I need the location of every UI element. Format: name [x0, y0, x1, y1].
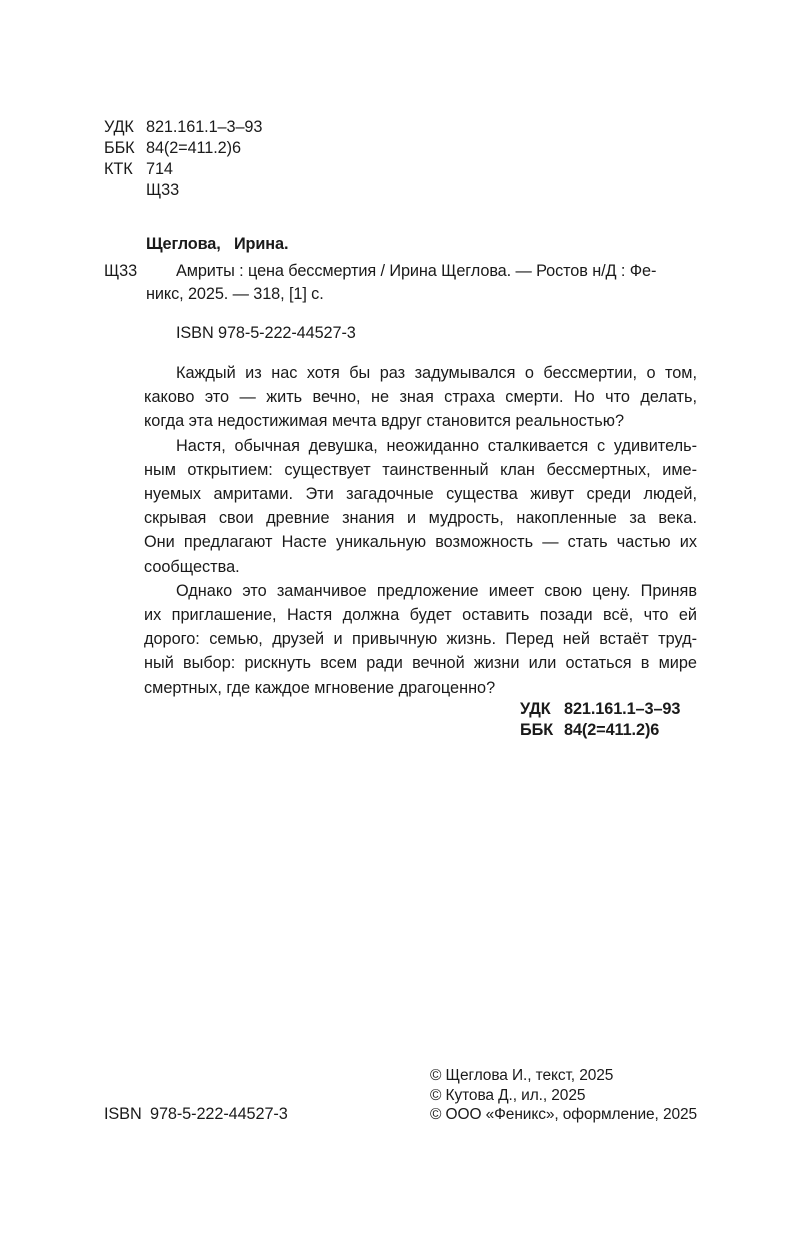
card-sign: Щ33: [104, 261, 137, 283]
annotation-paragraph-2: Настя, обычная девушка, неожиданно сталк…: [144, 434, 697, 579]
ktk-value: 714: [146, 160, 173, 178]
annotation-line: ным открытием: существует таинственный к…: [144, 458, 697, 482]
copyright-line-1: © Щеглова И., текст, 2025: [430, 1065, 613, 1087]
annotation-line: смертных, где каждое мгновение драгоценн…: [144, 676, 697, 700]
annotation-line: сообщества.: [144, 555, 697, 579]
annotation-paragraph-3: Однако это заманчивое предложение имеет …: [144, 579, 697, 700]
annotation-line: нуемых амритами. Эти загадочные существа…: [144, 482, 697, 506]
annotation-line: скрывая свои древние знания и мудрость, …: [144, 506, 697, 530]
author-sign: Щ33: [146, 180, 179, 202]
udk-label: УДК: [104, 117, 146, 139]
footer-udk-value: 821.161.1–3–93: [564, 700, 680, 718]
title-line-2: никс, 2025. — 318, [1] с.: [146, 284, 324, 306]
ktk-label: КТК: [104, 159, 146, 181]
annotation-line: когда эта недостижимая мечта вдруг стано…: [144, 409, 697, 433]
bottom-isbn: ISBN978-5-222-44527-3: [104, 1104, 288, 1126]
footer-bbk-code: ББК84(2=411.2)6: [520, 720, 659, 742]
ktk-code: КТК714: [104, 159, 173, 181]
copyright-line-3: © ООО «Феникс», оформление, 2025: [430, 1104, 697, 1126]
bbk-code: ББК84(2=411.2)6: [104, 138, 241, 160]
annotation-line: каково это — жить вечно, не зная страха …: [144, 385, 697, 409]
annotation-line: Каждый из нас хотя бы раз задумывался о …: [144, 361, 697, 385]
bbk-label: ББК: [104, 138, 146, 160]
annotation-line: Они предлагают Насте уникальную возможно…: [144, 530, 697, 554]
title-line-1: Амриты : цена бессмертия / Ирина Щеглова…: [176, 261, 656, 283]
footer-bbk-value: 84(2=411.2)6: [564, 721, 659, 739]
isbn-label: ISBN: [104, 1104, 150, 1126]
annotation-paragraph-1: Каждый из нас хотя бы раз задумывался о …: [144, 361, 697, 434]
udk-value: 821.161.1–3–93: [146, 118, 262, 136]
udk-code: УДК821.161.1–3–93: [104, 117, 262, 139]
card-isbn: ISBN 978-5-222-44527-3: [176, 323, 356, 345]
annotation-line: Однако это заманчивое предложение имеет …: [144, 579, 697, 603]
annotation-line: дорого: семью, друзей и привычную жизнь.…: [144, 627, 697, 651]
footer-udk-code: УДК821.161.1–3–93: [520, 699, 680, 721]
footer-udk-label: УДК: [520, 699, 564, 721]
annotation-line: ный выбор: рискнуть всем ради вечной жиз…: [144, 651, 697, 675]
bbk-value: 84(2=411.2)6: [146, 139, 241, 157]
annotation-line: Настя, обычная девушка, неожиданно сталк…: [144, 434, 697, 458]
footer-bbk-label: ББК: [520, 720, 564, 742]
annotation-line: их приглашение, Настя должна будет остав…: [144, 603, 697, 627]
isbn-value: 978-5-222-44527-3: [150, 1105, 288, 1123]
author-heading: Щеглова, Ирина.: [146, 234, 288, 256]
